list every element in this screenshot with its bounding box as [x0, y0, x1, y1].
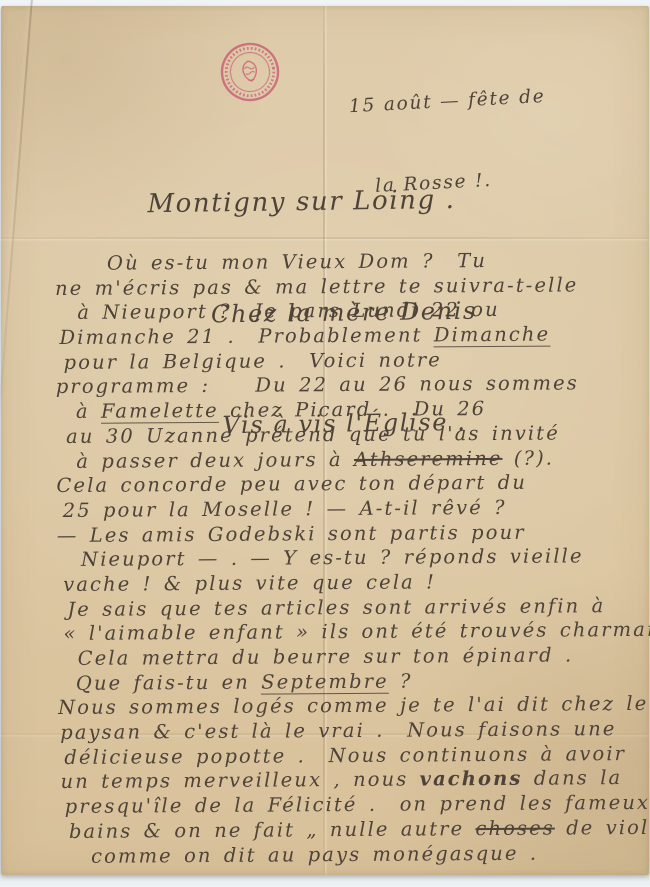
underlined-word: Dimanche [434, 323, 551, 348]
letter-line: Dimanche 21 . Probablement Dimanche [55, 322, 637, 351]
line-text: — Les amis Godebski sont partis pour [57, 520, 526, 546]
line-text: Je sais que tes articles sont arrivés en… [67, 594, 605, 621]
line-text: vache ! & plus vite que cela ! [63, 570, 436, 596]
line-text: Dimanche 21 . Probablement [59, 323, 434, 349]
line-text: chez Picard . Du 26 [219, 397, 487, 422]
letter-line: ne m'écris pas & ma lettre te suivra-t-e… [55, 273, 637, 302]
corner-crease-top-left [0, 0, 33, 457]
line-text: paysan & c'est là le vrai . Nous faisons… [60, 717, 616, 744]
line-text: (?). [502, 446, 554, 469]
letter-line: Nieuport — . — Y es-tu ? réponds vieille [57, 544, 639, 573]
letter-body: Où es-tu mon Vieux Dom ? Tu ne m'écris p… [55, 248, 641, 869]
line-text: Nous sommes logés comme je te l'ai dit c… [58, 692, 648, 719]
letter-page: 15 août — fête de la Rosse !. Montigny s… [1, 6, 649, 875]
line-text: Cela concorde peu avec ton départ du [56, 471, 527, 497]
letter-line: bains & on ne fait „ nulle autre choses … [59, 816, 641, 845]
letter-line: Cela mettra du beurre sur ton épinard . [58, 643, 640, 672]
underlined-word: Septembre [261, 669, 389, 694]
address-line-1: Montigny sur Loing . [147, 182, 475, 224]
line-text: Cela mettra du beurre sur ton épinard . [78, 643, 574, 669]
line-text: Nieuport — . — Y es-tu ? réponds vieille [81, 545, 584, 572]
letter-line: programme : Du 22 au 26 nous sommes [56, 371, 638, 400]
letter-line: à passer deux jours à Athseremine (?). [56, 445, 638, 474]
line-text: ne m'écris pas & ma lettre te suivra-t-e… [55, 273, 578, 300]
scanned-letter-photo: 15 août — fête de la Rosse !. Montigny s… [0, 0, 650, 887]
line-text: pour la Belgique . Voici notre [64, 348, 442, 374]
line-text: un temps merveilleux , nous [60, 768, 419, 794]
line-text: « l'aimable enfant » ils ont été trouvés… [63, 618, 650, 645]
line-text: de violent „ [555, 815, 650, 839]
line-text: comme on dit au pays monégasque . [91, 841, 538, 867]
line-text: programme : Du 22 au 26 nous sommes [56, 372, 579, 399]
line-text: ? [389, 669, 413, 692]
line-text: au 30 Uzanne prétend que tu l'as invité [66, 421, 560, 447]
emphasized-word: vachons [420, 767, 523, 791]
line-text: 25 pour la Moselle ! — A-t-il rêvé ? [63, 496, 507, 522]
letter-line: comme on dit au pays monégasque . [59, 840, 641, 869]
line-text: Où es-tu mon Vieux Dom ? Tu [107, 249, 487, 275]
line-text: bains & on ne fait „ nulle autre [69, 817, 476, 843]
line-text: à [76, 400, 101, 423]
line-text: Que fais-tu en [76, 670, 262, 694]
line-text: presqu'île de la Félicité . on prend les… [65, 791, 650, 818]
struck-word: Athseremine [354, 446, 503, 470]
line-text: à Nieuport ? Je pars Lundi 22 ou [77, 298, 500, 324]
underlined-word: Famelette [101, 399, 219, 424]
line-text: à passer deux jours à [76, 447, 354, 472]
line-text: délicieuse popotte . Nous continuons à a… [64, 742, 626, 769]
struck-word: choses [475, 816, 555, 840]
red-ink-stamp-icon [218, 40, 282, 104]
line-text: dans la [522, 767, 622, 791]
